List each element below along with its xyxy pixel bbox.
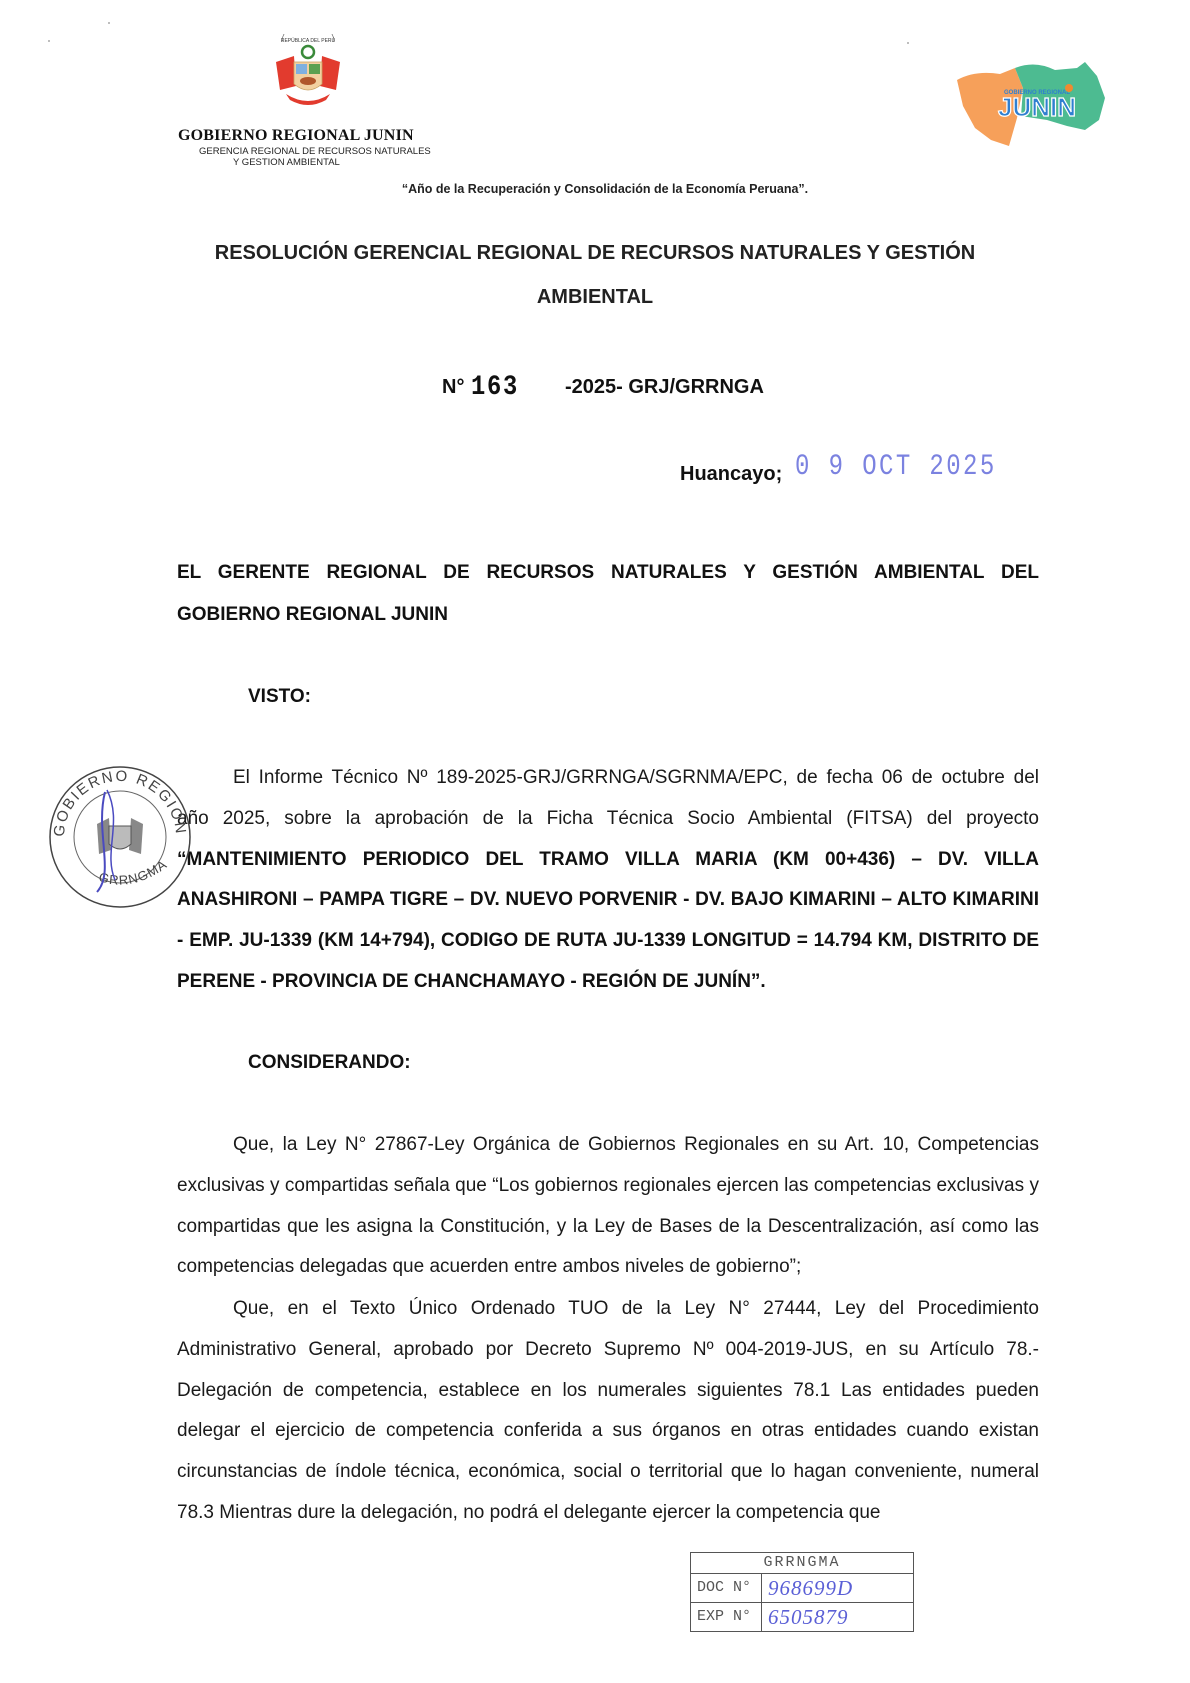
scan-speck bbox=[907, 42, 909, 44]
junin-regional-logo: GOBIERNO REGIONAL JUNIN bbox=[955, 58, 1115, 153]
registry-exp-value: 6505879 bbox=[762, 1603, 913, 1631]
official-seal-icon: GOBIERNO REGIONAL JUNIN GRRNGMA bbox=[45, 762, 195, 912]
considerando-text-2: Que, en el Texto Único Ordenado TUO de l… bbox=[177, 1298, 1039, 1523]
scan-speck bbox=[48, 40, 50, 42]
considerando-paragraph-2: Que, en el Texto Único Ordenado TUO de l… bbox=[177, 1289, 1039, 1534]
registry-doc-value: 968699D bbox=[762, 1574, 913, 1602]
svg-text:JUNIN: JUNIN bbox=[998, 92, 1076, 122]
resolution-title-line2: AMBIENTAL bbox=[0, 286, 1190, 309]
registry-row-exp: EXP N° 6505879 bbox=[691, 1603, 913, 1631]
registry-row-doc: DOC N° 968699D bbox=[691, 1574, 913, 1603]
org-subtitle-line1: GERENCIA REGIONAL DE RECURSOS NATURALES bbox=[199, 146, 431, 157]
year-motto: “Año de la Recuperación y Consolidación … bbox=[0, 182, 1190, 196]
resolution-number: 163 bbox=[471, 372, 519, 403]
resolution-title-line1: RESOLUCIÓN GERENCIAL REGIONAL DE RECURSO… bbox=[0, 242, 1190, 265]
visto-project-name: “MANTENIMIENTO PERIODICO DEL TRAMO VILLA… bbox=[177, 849, 1039, 992]
registry-exp-label: EXP N° bbox=[691, 1603, 762, 1631]
considerando-paragraph-1: Que, la Ley N° 27867-Ley Orgánica de Gob… bbox=[177, 1125, 1039, 1288]
visto-intro: El Informe Técnico Nº 189-2025-GRJ/GRRNG… bbox=[177, 767, 1039, 829]
issuing-authority: EL GERENTE REGIONAL DE RECURSOS NATURALE… bbox=[177, 552, 1039, 636]
svg-text:REPÚBLICA DEL PERÚ: REPÚBLICA DEL PERÚ bbox=[281, 37, 336, 44]
resolution-number-suffix: -2025- GRJ/GRRNGA bbox=[565, 376, 764, 399]
date-stamp: 0 9 OCT 2025 bbox=[795, 450, 997, 484]
visto-paragraph: El Informe Técnico Nº 189-2025-GRJ/GRRNG… bbox=[177, 758, 1039, 1003]
scan-speck bbox=[108, 22, 110, 24]
registry-stamp: GRRNGMA DOC N° 968699D EXP N° 6505879 bbox=[690, 1552, 914, 1632]
registry-doc-label: DOC N° bbox=[691, 1574, 762, 1602]
registry-stamp-header: GRRNGMA bbox=[691, 1553, 913, 1574]
issue-city: Huancayo; bbox=[680, 463, 782, 486]
resolution-number-label: N° bbox=[442, 376, 464, 399]
considerando-heading: CONSIDERANDO: bbox=[248, 1052, 411, 1074]
visto-heading: VISTO: bbox=[248, 686, 311, 708]
org-name: GOBIERNO REGIONAL JUNIN bbox=[178, 127, 414, 145]
svg-text:GRRNGMA: GRRNGMA bbox=[97, 856, 170, 887]
peru-coat-of-arms-icon: REPÚBLICA DEL PERÚ bbox=[272, 34, 344, 114]
considerando-text-1: Que, la Ley N° 27867-Ley Orgánica de Gob… bbox=[177, 1134, 1039, 1277]
org-subtitle-line2: Y GESTION AMBIENTAL bbox=[233, 157, 340, 168]
